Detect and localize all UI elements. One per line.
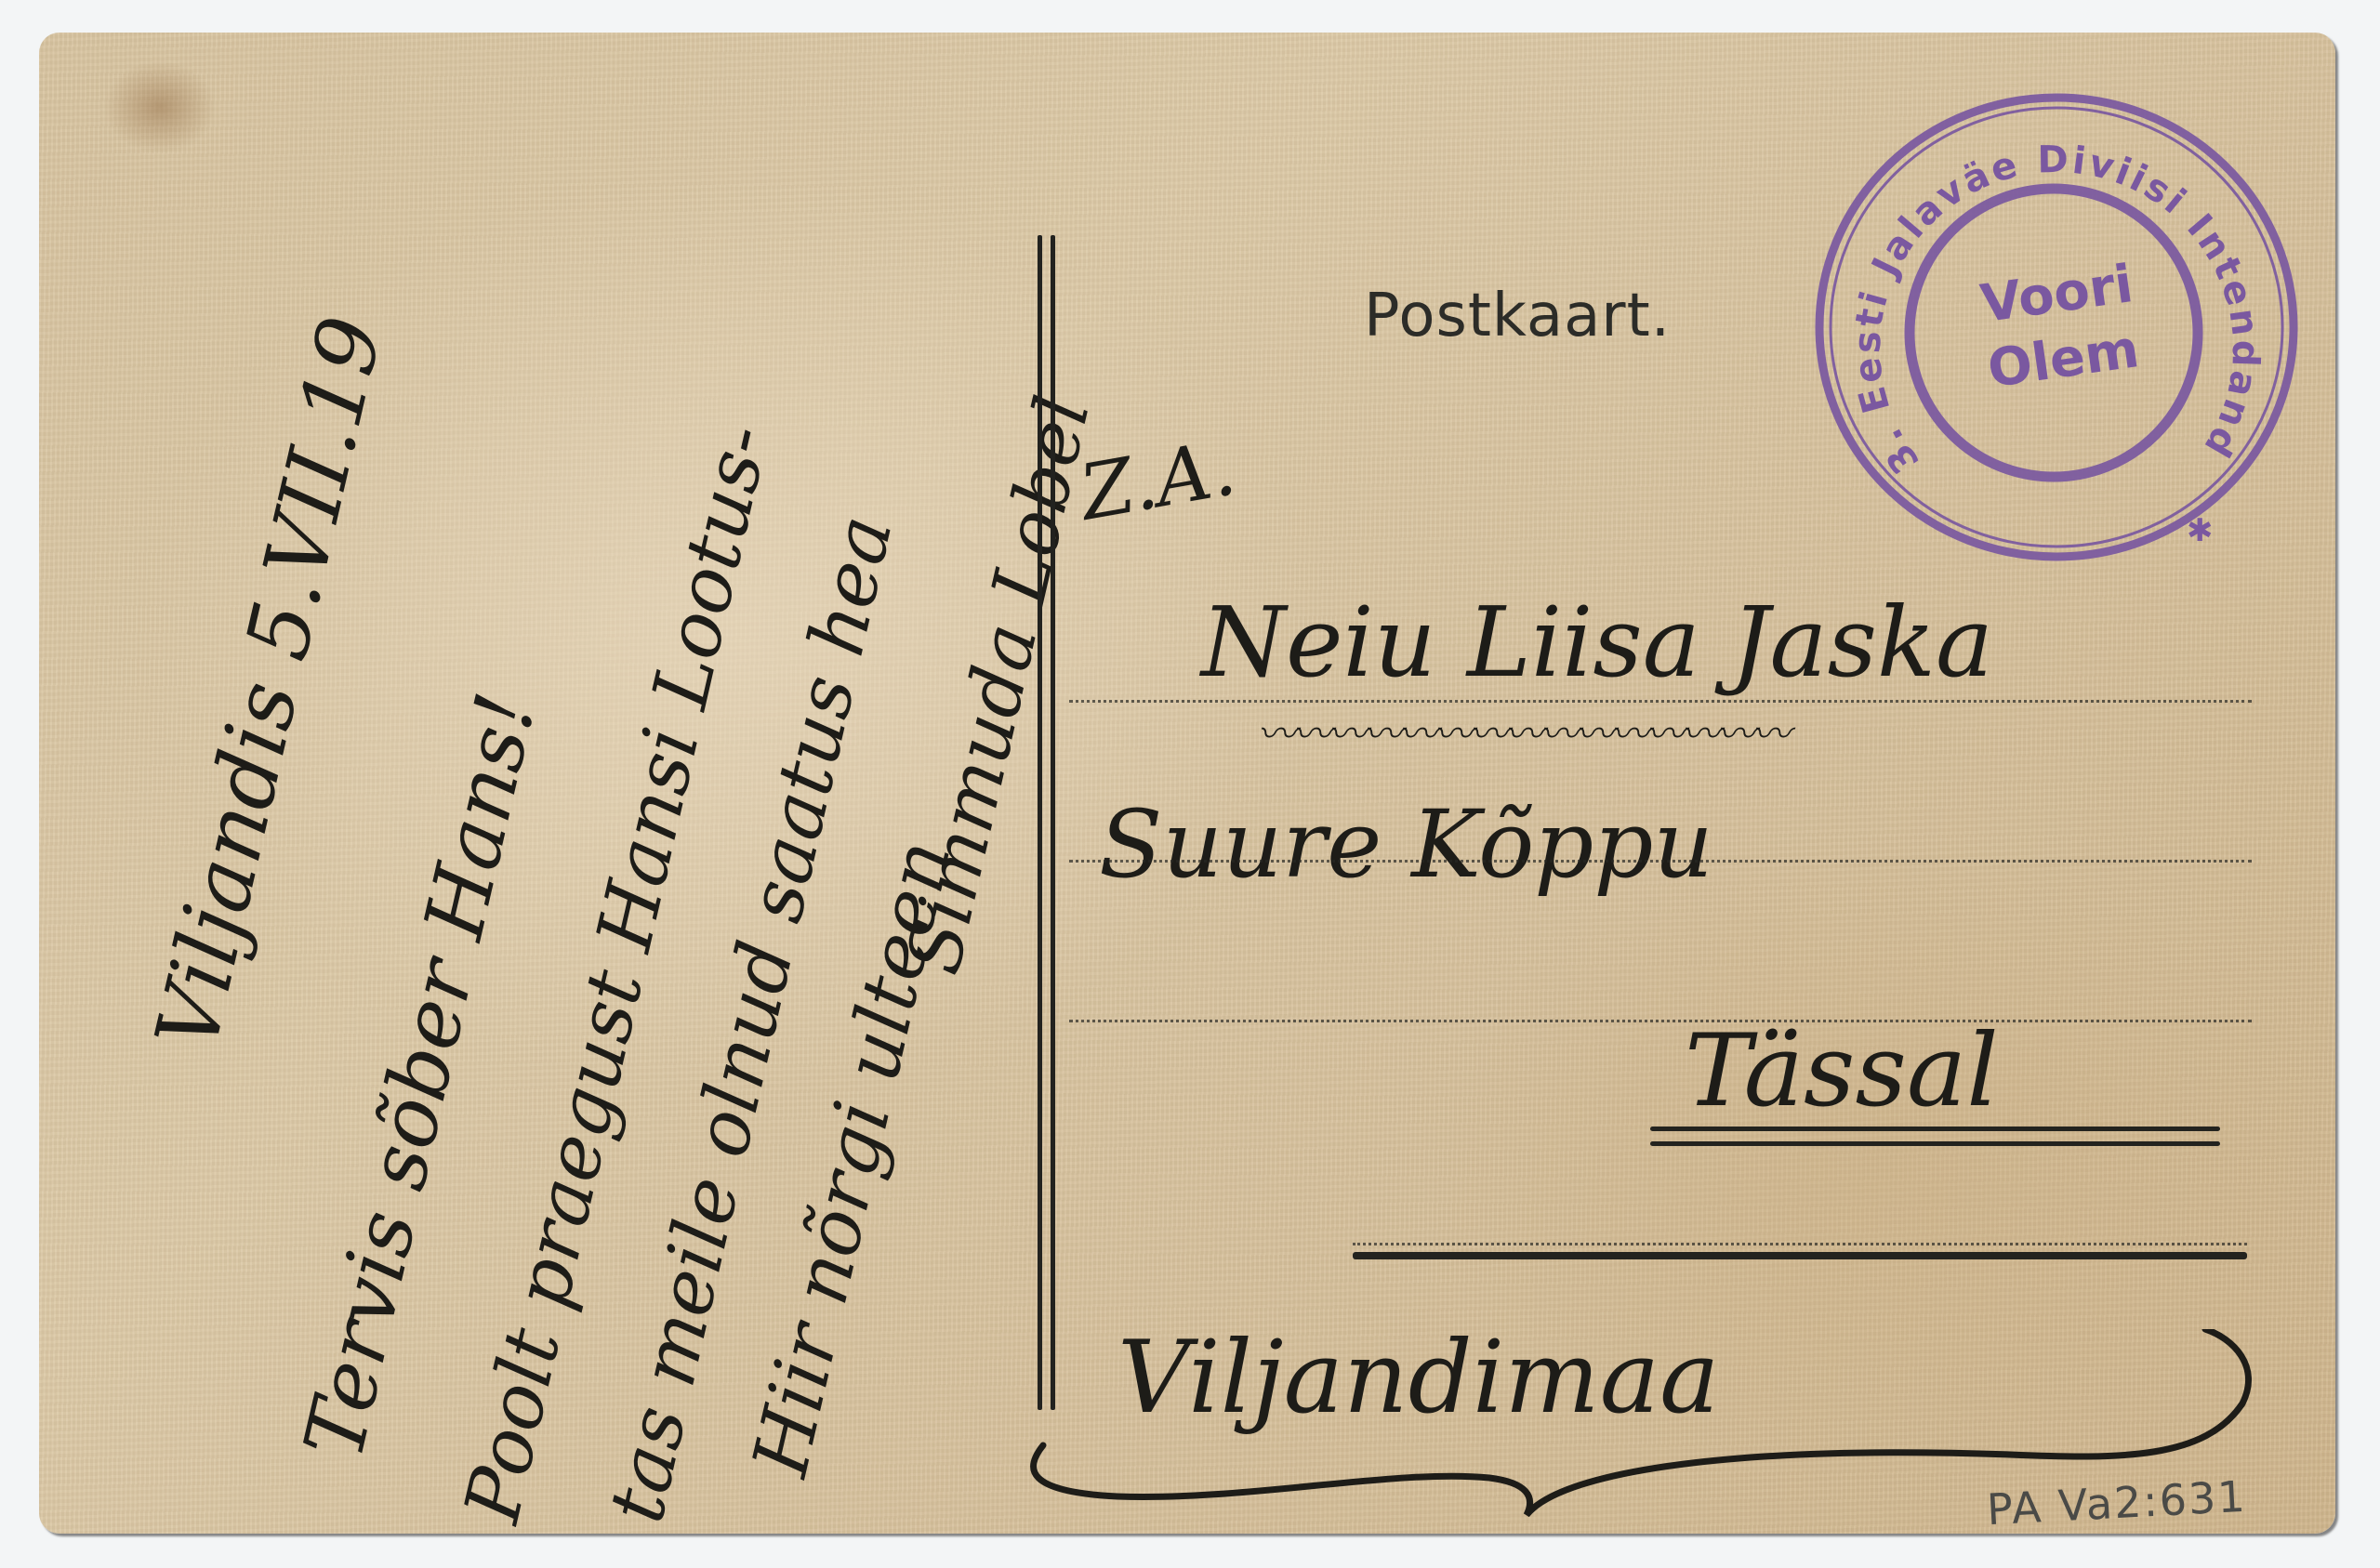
address-underline-2 (1650, 1141, 2220, 1146)
stamp-graphic: 3. Eesti Jalaväe Diviisi Intendandi Voor… (1810, 84, 2303, 576)
printed-title: Postkaart. (1364, 282, 1671, 350)
address-line-2: Suure Kõppu (1099, 790, 1713, 899)
address-prefix: Z.A. (1074, 424, 1242, 538)
address-dotted-line-2 (1069, 860, 2252, 863)
address-dotted-line-3 (1069, 1020, 2252, 1022)
address-dotted-line-1 (1069, 700, 2252, 703)
address-dotted-line-4 (1353, 1243, 2247, 1245)
divider-line-left (1038, 235, 1042, 1410)
purple-stamp: 3. Eesti Jalaväe Diviisi Intendandi Voor… (1810, 84, 2303, 576)
postcard: Viljandis 5.VII.19 Tervis sõber Hans! Po… (39, 33, 2335, 1534)
address-solid-line (1353, 1252, 2247, 1259)
stamp-star-icon: ✱ (2187, 512, 2214, 549)
dateline: Viljandis 5.VII.19 (137, 308, 402, 1059)
address-line-3: Tässal (1685, 1013, 1999, 1129)
address-line-1: Neiu Liisa Jaska (1201, 586, 1993, 699)
address-flourish: 〰〰〰〰〰〰〰〰〰〰〰〰〰〰〰 (1257, 704, 1787, 759)
message-line-5: Simmuda Lobel (890, 389, 1106, 982)
address-underline-1 (1650, 1127, 2220, 1131)
divider-line-right (1051, 235, 1055, 1410)
